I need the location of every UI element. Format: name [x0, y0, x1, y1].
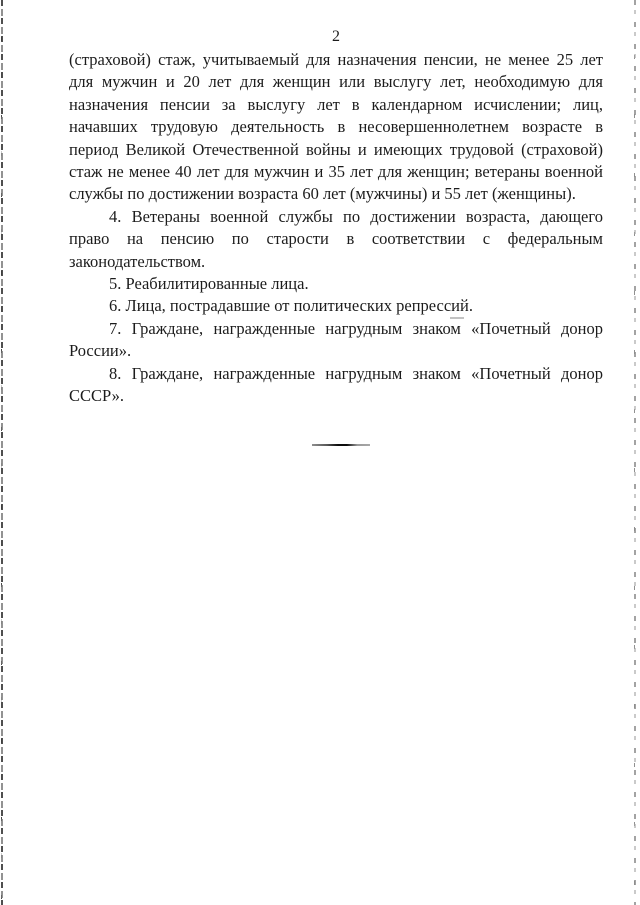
- list-item-6: 6. Лица, пострадавшие от политических ре…: [69, 295, 603, 317]
- text-line: период Великой Отечественной войны и име…: [69, 139, 603, 161]
- page-number: 2: [69, 28, 603, 46]
- text-line: СССР».: [69, 385, 603, 407]
- scan-edge-artifact-left: [1, 0, 4, 905]
- text-line: службы по достижении возраста 60 лет (му…: [69, 183, 603, 205]
- paragraph-continuation: (страховой) стаж, учитываемый для назнач…: [69, 49, 603, 206]
- text-line: законодательством.: [69, 251, 603, 273]
- text-line: назначения пенсии за выслугу лет в кален…: [69, 94, 603, 116]
- list-item-4: 4. Ветераны военной службы по достижении…: [69, 206, 603, 273]
- text-line: для мужчин и 20 лет для женщин или выслу…: [69, 71, 603, 93]
- list-item-8: 8. Граждане, награжденные нагрудным знак…: [69, 363, 603, 408]
- text-line: 6. Лица, пострадавшие от политических ре…: [69, 295, 603, 317]
- text-line: 5. Реабилитированные лица.: [69, 273, 603, 295]
- text-line: 8. Граждане, награжденные нагрудным знак…: [69, 363, 603, 385]
- scan-speck-artifact: [450, 317, 464, 319]
- text-line: России».: [69, 340, 603, 362]
- text-line: стаж не менее 40 лет для мужчин и 35 лет…: [69, 161, 603, 183]
- text-line: начавших трудовую деятельность в несовер…: [69, 116, 603, 138]
- scan-edge-artifact-right: [634, 0, 637, 905]
- list-item-5: 5. Реабилитированные лица.: [69, 273, 603, 295]
- document-body: (страховой) стаж, учитываемый для назнач…: [69, 49, 603, 408]
- end-of-text-rule: [312, 444, 370, 446]
- text-line: право на пенсию по старости в соответств…: [69, 228, 603, 250]
- text-line: (страховой) стаж, учитываемый для назнач…: [69, 49, 603, 71]
- list-item-7: 7. Граждане, награжденные нагрудным знак…: [69, 318, 603, 363]
- text-line: 4. Ветераны военной службы по достижении…: [69, 206, 603, 228]
- text-line: 7. Граждане, награжденные нагрудным знак…: [69, 318, 603, 340]
- scanned-document-page: 2 (страховой) стаж, учитываемый для назн…: [0, 0, 640, 905]
